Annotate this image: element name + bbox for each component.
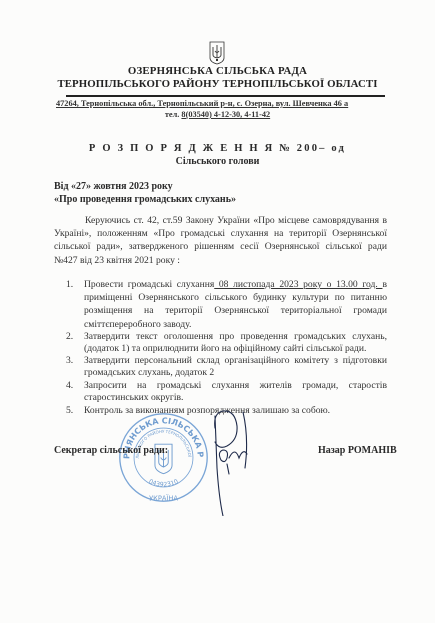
phone-number: 8(03540) 4-12-30, 4-11-42 — [181, 110, 270, 119]
item-number: 3. — [66, 355, 73, 367]
order-items-list: 1. Провести громадські слухання 08 листо… — [54, 278, 387, 417]
item-number: 5. — [66, 405, 73, 417]
signatory-name: Назар РОМАНІВ — [318, 445, 397, 456]
header-divider — [66, 95, 385, 97]
document-date: Від «27» жовтня 2023 року — [54, 181, 173, 192]
item-number: 4. — [66, 380, 73, 392]
item-number: 1. — [66, 278, 73, 291]
signatory-title: Секретар сільської ради: — [54, 445, 168, 456]
item-date-underlined: 08 листопада 2023 року о 13.00 год. — [214, 279, 382, 290]
list-item: 4. Запросити на громадські слухання жите… — [54, 380, 387, 404]
phone-prefix: тел. — [165, 110, 182, 119]
document-subject: «Про проведення громадських слухань» — [54, 194, 236, 205]
item-number: 2. — [66, 331, 73, 343]
org-name-line1: ОЗЕРНЯНСЬКА СІЛЬСЬКА РАДА — [0, 65, 435, 77]
svg-text:УКРАЇНА: УКРАЇНА — [149, 493, 178, 502]
official-stamp-icon: ОЗЕРНЯНСЬКА СІЛЬСЬКА РАДА ТЕРНОПІЛЬСЬКОГ… — [116, 410, 211, 505]
org-address: 47264, Тернопільська обл., Тернопільськи… — [56, 99, 348, 108]
list-item: 1. Провести громадські слухання 08 листо… — [54, 278, 387, 331]
document-subtitle: Сільського голови — [0, 156, 435, 167]
item-text: Затвердити персональний склад організаці… — [84, 355, 387, 378]
preamble-paragraph: Керуючись ст. 42, ст.59 Закону України «… — [54, 214, 387, 267]
list-item: 2. Затвердити текст оголошення про прове… — [54, 331, 387, 355]
item-text: Затвердити текст оголошення про проведен… — [84, 331, 387, 354]
handwritten-signature-icon — [205, 408, 253, 516]
item-text: Провести громадські слухання — [84, 279, 214, 290]
org-phone: тел. 8(03540) 4-12-30, 4-11-42 — [0, 110, 435, 119]
document-title: Р О З П О Р Я Д Ж Е Н Н Я № 200– од — [0, 143, 435, 154]
svg-text:04392310: 04392310 — [148, 478, 180, 488]
org-name-line2: ТЕРНОПІЛЬСЬКОГО РАЙОНУ ТЕРНОПІЛЬСЬКОЇ ОБ… — [0, 78, 435, 90]
item-text: Запросити на громадські слухання жителів… — [84, 380, 387, 403]
trident-coat-of-arms-icon — [209, 41, 225, 65]
list-item: 3. Затвердити персональний склад організ… — [54, 355, 387, 379]
document-page: ОЗЕРНЯНСЬКА СІЛЬСЬКА РАДА ТЕРНОПІЛЬСЬКОГ… — [0, 0, 435, 623]
